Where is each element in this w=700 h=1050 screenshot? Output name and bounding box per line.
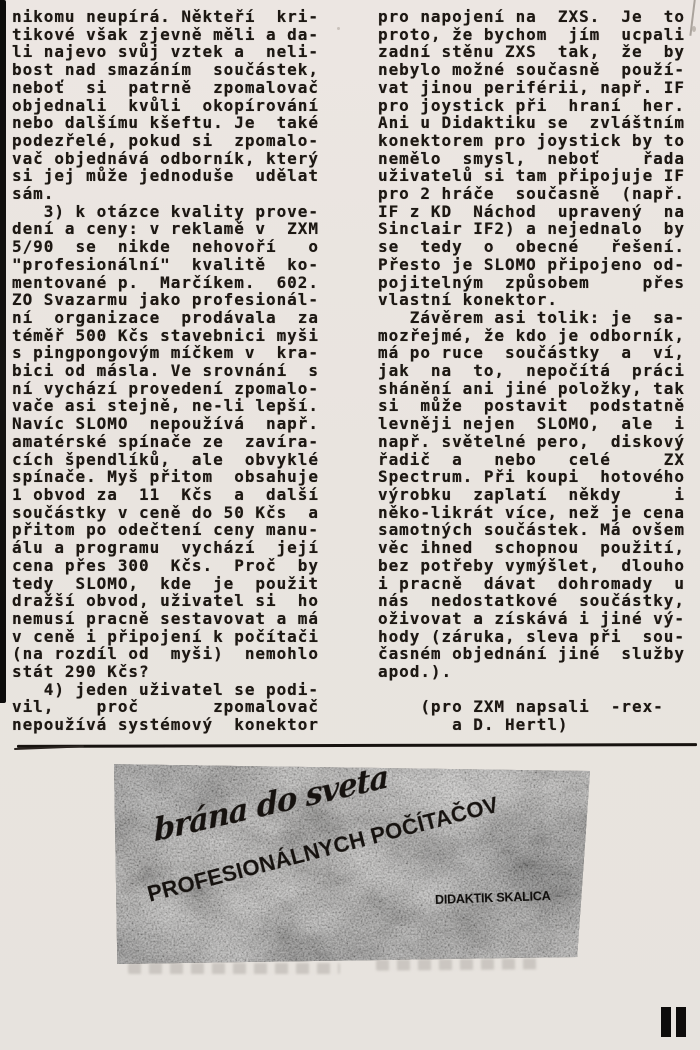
page-number-bar [661,1007,671,1037]
page-number-marker [661,1007,686,1037]
article-column-right: pro napojení na ZXS. Je to proto, že byc… [378,8,685,734]
scanned-magazine-page: nikomu neupírá. Někteří kri- tikové však… [0,0,700,1050]
paper-speck [337,27,340,30]
didaktik-advert-photo: brána do sveta PROFESIONÁLNYCH POČÍTAČOV… [114,763,590,964]
paper-speck [692,26,696,32]
page-number-bar [676,1007,686,1037]
binding-strip [0,0,6,703]
article-column-left: nikomu neupírá. Někteří kri- tikové však… [12,8,319,734]
showthrough-smudge [128,963,340,974]
section-divider-rule [17,743,697,747]
showthrough-smudge [376,958,538,970]
